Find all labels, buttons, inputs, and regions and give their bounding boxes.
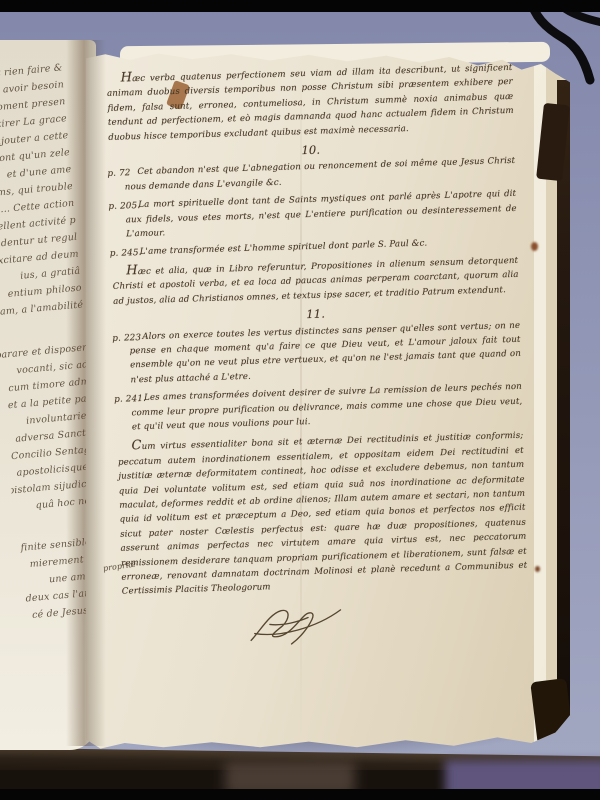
article-text: Alors on exerce toutes les vertus distin… xyxy=(130,320,522,385)
article-text: Les ames transformées doivent desirer de… xyxy=(131,382,522,432)
rust-stain xyxy=(531,242,538,251)
article-text: La mort spirituelle dont tant de Saints … xyxy=(126,189,517,239)
right-page: 87 5 Hæc verba quatenus perfectionem seu… xyxy=(86,50,570,750)
page-reference: p. 72 xyxy=(107,167,131,182)
page-reference: p. 245. xyxy=(110,246,142,261)
photo-letterbox-bottom xyxy=(0,789,600,800)
page-reference: p. 205. xyxy=(108,199,140,214)
photo-letterbox-top xyxy=(0,0,600,12)
article-text: L'ame transformée est L'homme spirituel … xyxy=(140,239,428,258)
signature-paraph xyxy=(238,601,349,652)
latin-censure-3-block: propriæ Cum virtus essentialiter bona si… xyxy=(115,428,528,600)
manuscript-photo: ne peut rien faire & sans avoir besoin d… xyxy=(0,0,600,800)
latin-censure-3: Cum virtus essentialiter bona sit et æte… xyxy=(117,428,528,599)
page-reference: p. 223 xyxy=(112,331,141,346)
latin-censure-1: Hæc verba quatenus perfectionem seu viam… xyxy=(106,60,514,145)
manuscript-text: 87 5 Hæc verba quatenus perfectionem seu… xyxy=(104,46,530,661)
article-item: p. 241. Les ames transformées doivent de… xyxy=(131,380,523,435)
rust-stain xyxy=(535,566,540,572)
signature-block xyxy=(238,595,529,657)
article-item: p. 223 Alors on exerce toutes les vertus… xyxy=(129,318,522,387)
article-item: p. 205. La mort spirituelle dont tant de… xyxy=(125,187,517,242)
latin-censure-2: Hæc et alia, quæ in Libro referuntur, Pr… xyxy=(112,253,519,309)
page-reference: p. 241. xyxy=(114,392,146,407)
gutter-shadow xyxy=(66,40,106,746)
article-text: Cet abandon n'est que L'abnegation ou re… xyxy=(125,156,516,192)
